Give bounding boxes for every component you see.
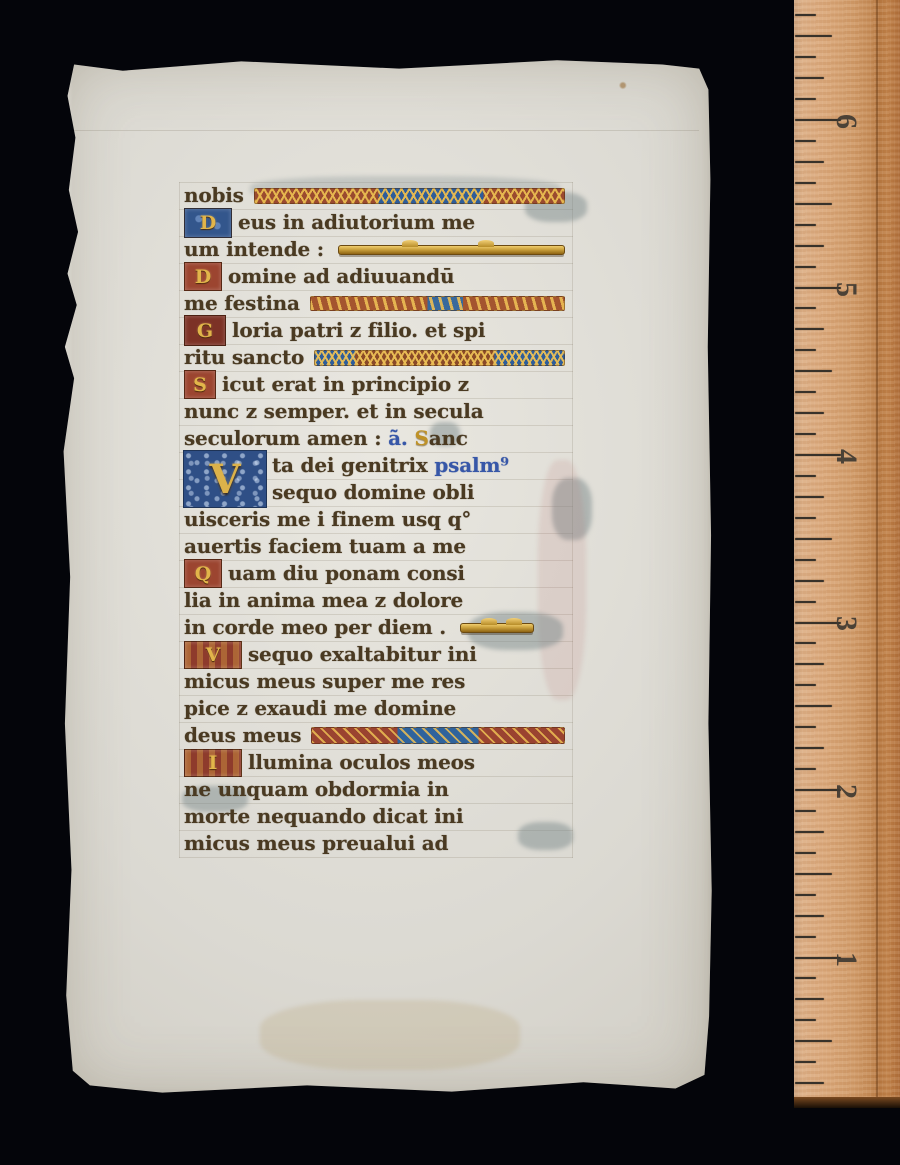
manuscript-line: auertis faciem tuam a me (184, 533, 565, 560)
ruler-tick (795, 14, 816, 16)
ruler: 123456 (794, 0, 900, 1108)
ruler-number: 6 (829, 106, 863, 138)
ruler-tick (795, 977, 816, 979)
line-filler (314, 350, 565, 366)
line-filler (254, 188, 565, 204)
ruler-number: 4 (829, 441, 863, 473)
stain (260, 1000, 520, 1070)
manuscript-line: um intende : (184, 236, 565, 263)
manuscript-text: uisceris me i finem usq q° (184, 506, 471, 533)
ruler-tick (795, 412, 824, 414)
ruler-tick (795, 517, 816, 519)
faint-ruled-line (67, 130, 699, 131)
ruler-tick (795, 705, 832, 707)
ruler-tick (795, 580, 824, 582)
manuscript-text: morte nequando dicat ini (184, 803, 463, 830)
manuscript-text: loria patri z filio. et spi (232, 317, 485, 344)
ruler-tick (795, 182, 816, 184)
manuscript-text: psalm⁹ (434, 452, 509, 479)
ruler-tick (795, 224, 816, 226)
manuscript-text: me festina (184, 290, 300, 317)
manuscript-line: Gloria patri z filio. et spi (184, 317, 565, 344)
ruler-tick (795, 852, 816, 854)
ruler-tick (795, 684, 816, 686)
manuscript-text: auertis faciem tuam a me (184, 533, 466, 560)
illuminated-initial: I (184, 749, 242, 777)
manuscript-text: eus in adiutorium me (238, 209, 475, 236)
manuscript-text: pice z exaudi me domine (184, 695, 456, 722)
manuscript-text: sequo exaltabitur ini (248, 641, 477, 668)
ruler-tick (795, 538, 832, 540)
manuscript-text: ne unquam obdormia in (184, 776, 449, 803)
line-filler (311, 727, 565, 744)
ruler-tick (795, 161, 824, 163)
ruler-tick (795, 370, 832, 372)
manuscript-text: in corde meo per diem . (184, 614, 446, 641)
manuscript-leaf: nobisDeus in adiutorium meum intende :Do… (57, 54, 715, 1100)
ruler-number: 5 (829, 274, 863, 306)
illuminated-initial-large: V (183, 450, 267, 508)
manuscript-text: nobis (184, 182, 244, 209)
ruler-tick (795, 936, 816, 938)
manuscript-text: anc (429, 425, 468, 452)
ruler-tick (795, 915, 824, 917)
line-filler (338, 245, 565, 255)
manuscript-text: lia in anima mea z dolore (184, 587, 463, 614)
ruler-tick (795, 831, 824, 833)
ruler-tick (795, 642, 816, 644)
ruler-tick (795, 349, 816, 351)
ruler-tick (795, 56, 816, 58)
ruler-tick (795, 140, 816, 142)
illuminated-initial: S (184, 370, 216, 399)
ruler-tick (795, 433, 816, 435)
ruler-tick (795, 747, 824, 749)
manuscript-text: micus meus preualui ad (184, 830, 448, 857)
ruler-tick (795, 1040, 832, 1042)
manuscript-text: uam diu ponam consi (228, 560, 465, 587)
line-filler (460, 623, 534, 633)
ruler-bottom-end (794, 1097, 900, 1108)
manuscript-text: sequo domine obli (272, 479, 474, 506)
manuscript-text: icut erat in principio z (222, 371, 469, 398)
ruler-tick (795, 77, 824, 79)
ruler-tick (795, 496, 824, 498)
ruler-tick (795, 998, 824, 1000)
ruler-tick (795, 810, 816, 812)
ruler-bevel-groove (876, 0, 878, 1108)
ruler-tick (795, 266, 816, 268)
torn-left-edge (57, 54, 73, 394)
manuscript-line: morte nequando dicat ini (184, 803, 565, 830)
manuscript-text: S (414, 425, 428, 452)
ruler-tick (795, 663, 824, 665)
ruler-tick (795, 328, 824, 330)
manuscript-line: nobis (184, 182, 565, 209)
line-filler (310, 296, 565, 311)
illuminated-initial: D (184, 262, 222, 291)
ruler-tick (795, 245, 824, 247)
ruler-tick (795, 601, 816, 603)
text-block: nobisDeus in adiutorium meum intende :Do… (184, 182, 565, 857)
manuscript-text: ã. (388, 425, 414, 452)
manuscript-text: omine ad adiuuandū (228, 263, 454, 290)
manuscript-line: micus meus preualui ad (184, 830, 565, 857)
ruler-tick (795, 475, 816, 477)
manuscript-text: micus meus super me res (184, 668, 465, 695)
ruler-tick (795, 1082, 824, 1084)
illuminated-initial: Q (184, 559, 222, 588)
illuminated-initial: V (184, 641, 242, 669)
manuscript-line: Sicut erat in principio z (184, 371, 565, 398)
manuscript-line: Vsequo exaltabitur ini (184, 641, 565, 668)
manuscript-line: me festina (184, 290, 565, 317)
ruler-number: 2 (829, 776, 863, 808)
manuscript-line: deus meus (184, 722, 565, 749)
manuscript-line: seculorum amen : ã. Sanc (184, 425, 565, 452)
photo-stage: nobisDeus in adiutorium meum intende :Do… (0, 0, 900, 1165)
manuscript-text: ritu sancto (184, 344, 304, 371)
ruler-number: 3 (829, 608, 863, 640)
ruler-tick (795, 873, 832, 875)
ruler-tick (795, 307, 816, 309)
ruler-tick (795, 1019, 816, 1021)
ruler-tick (795, 203, 832, 205)
ruler-tick (795, 35, 832, 37)
manuscript-text: seculorum amen : (184, 425, 388, 452)
ruler-tick (795, 559, 816, 561)
manuscript-text: ta dei genitrix (272, 452, 434, 479)
manuscript-text: nunc z semper. et in secula (184, 398, 483, 425)
manuscript-line: lia in anima mea z dolore (184, 587, 565, 614)
manuscript-text: um intende : (184, 236, 324, 263)
manuscript-line: Quam diu ponam consi (184, 560, 565, 587)
manuscript-line: nunc z semper. et in secula (184, 398, 565, 425)
ruler-tick (795, 768, 816, 770)
manuscript-line: Illumina oculos meos (184, 749, 565, 776)
illuminated-initial: D (184, 208, 232, 238)
manuscript-line: uisceris me i finem usq q° (184, 506, 565, 533)
ruler-tick (795, 726, 816, 728)
ruler-tick (795, 1061, 816, 1063)
manuscript-line: ritu sancto (184, 344, 565, 371)
manuscript-line: pice z exaudi me domine (184, 695, 565, 722)
manuscript-line: Domine ad adiuuandū (184, 263, 565, 290)
ruler-tick (795, 894, 816, 896)
ruler-number: 1 (829, 944, 863, 976)
manuscript-line: Deus in adiutorium me (184, 209, 565, 236)
manuscript-line: micus meus super me res (184, 668, 565, 695)
ruler-tick (795, 98, 816, 100)
manuscript-line: ne unquam obdormia in (184, 776, 565, 803)
illuminated-initial: G (184, 315, 226, 346)
manuscript-text: deus meus (184, 722, 301, 749)
ruler-tick (795, 391, 816, 393)
manuscript-line: in corde meo per diem . (184, 614, 565, 641)
manuscript-text: llumina oculos meos (248, 749, 475, 776)
